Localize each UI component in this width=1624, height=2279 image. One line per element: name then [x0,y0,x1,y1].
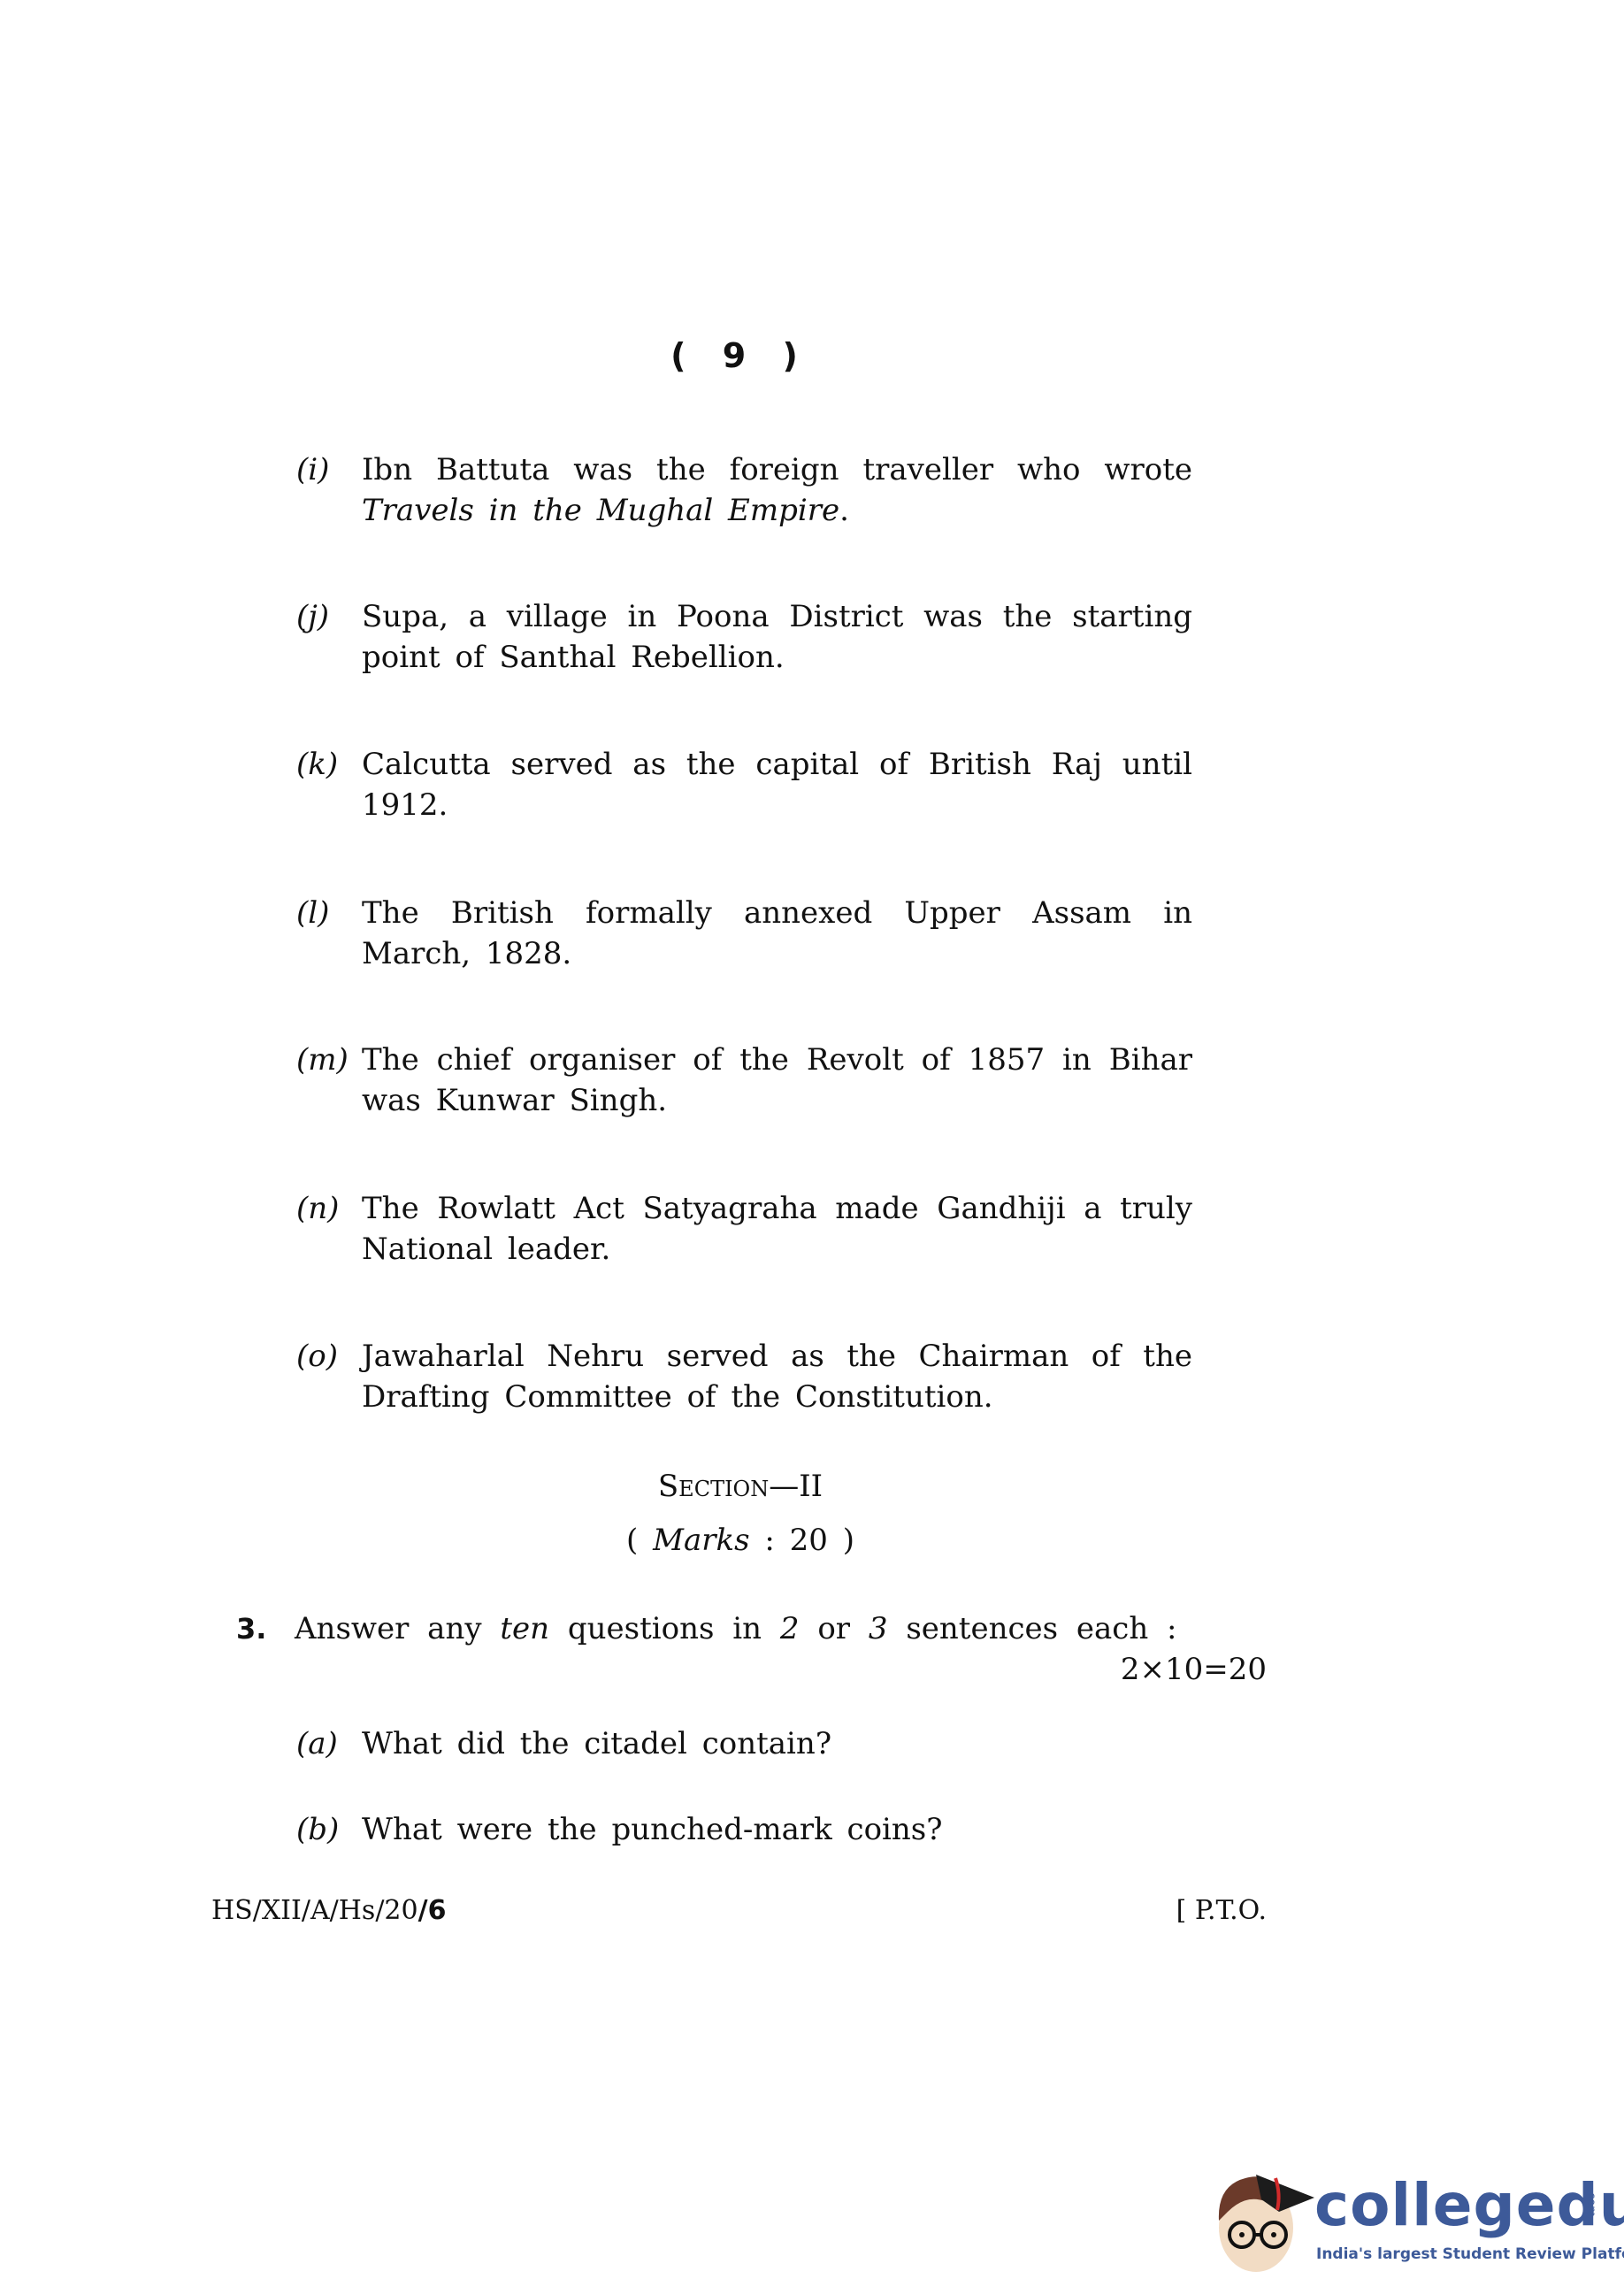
statement-n: (n) The Rowlatt Act Satyagraha made Gand… [296,1188,1192,1270]
statement-label: (k) [296,744,338,785]
marks-close-paren: ) [843,1523,854,1558]
statement-o: (o) Jawaharlal Nehru served as the Chair… [296,1336,1192,1417]
statement-l: (l) The British formally annexed Upper A… [296,893,1192,974]
marks-separator: : [764,1523,774,1558]
marks-open-paren: ( [626,1523,638,1558]
question-3: 3. Answer any ten questions in 2 or 3 se… [236,1608,1267,1690]
statement-label: (m) [296,1040,349,1080]
statement-text-main: Ibn Battuta was the foreign traveller wh… [362,452,1192,487]
statement-label: (j) [296,596,329,637]
question-number: 3. [236,1608,266,1649]
page-number: ( 9 ) [0,336,1481,375]
paper-code: HS/XII/A/Hs/20/6 [211,1895,446,1926]
statement-k: (k) Calcutta served as the capital of Br… [296,744,1192,825]
collegedunia-watermark: collegedunia .com India's largest Studen… [1210,2159,1619,2277]
subquestion-b: (b) What were the punched-mark coins? [296,1809,1192,1850]
paper-code-prefix: HS/XII/A/Hs/20 [211,1895,418,1926]
subquestion-text: What did the citadel contain? [362,1723,1192,1764]
instr-part: questions in [568,1611,762,1646]
section-marks: ( Marks : 20 ) [0,1523,1481,1558]
subquestion-a: (a) What did the citadel contain? [296,1723,1192,1764]
instr-ten: ten [500,1611,549,1646]
pto-marker: [ P.T.O. [1176,1895,1267,1926]
statement-text: Jawaharlal Nehru served as the Chairman … [362,1336,1192,1417]
statement-text: Calcutta served as the capital of Britis… [362,744,1192,825]
book-title: Travels in the Mughal Empire [362,493,839,528]
question-instruction: Answer any ten questions in 2 or 3 sente… [295,1608,1267,1649]
statement-period: . [839,493,849,528]
marks-label: Marks [653,1523,749,1558]
statement-label: (n) [296,1188,339,1229]
brand-tagline: India's largest Student Review Platform [1316,2245,1624,2263]
brand-domain: .com [1584,2189,1597,2217]
student-mascot-icon [1210,2159,1316,2277]
subquestion-text: What were the punched-mark coins? [362,1809,1192,1850]
statement-label: (l) [296,893,329,933]
statement-j: (j) Supa, a village in Poona District wa… [296,596,1192,678]
instr-part: sentences each : [906,1611,1176,1646]
instr-two: 2 [780,1611,800,1646]
subquestion-label: (b) [296,1809,339,1850]
statement-text: Ibn Battuta was the foreign traveller wh… [362,449,1192,531]
instr-part: or [817,1611,850,1646]
section-title: Section—II [0,1469,1481,1504]
statement-text: The chief organiser of the Revolt of 185… [362,1040,1192,1121]
statement-text: The Rowlatt Act Satyagraha made Gandhiji… [362,1188,1192,1270]
marks-allocation: 2×10=20 [236,1649,1267,1690]
statement-label: (i) [296,449,329,490]
statement-text: The British formally annexed Upper Assam… [362,893,1192,974]
subquestion-label: (a) [296,1723,338,1764]
statement-label: (o) [296,1336,338,1377]
instr-three: 3 [869,1611,888,1646]
statement-m: (m) The chief organiser of the Revolt of… [296,1040,1192,1121]
statement-i: (i) Ibn Battuta was the foreign travelle… [296,449,1192,531]
page-footer: HS/XII/A/Hs/20/6 [ P.T.O. [211,1895,1267,1926]
brand-name: collegedunia [1314,2171,1624,2239]
statement-text: Supa, a village in Poona District was th… [362,596,1192,678]
instr-part: Answer any [295,1611,482,1646]
marks-value: 20 [790,1523,828,1558]
paper-code-suffix: /6 [418,1895,447,1926]
